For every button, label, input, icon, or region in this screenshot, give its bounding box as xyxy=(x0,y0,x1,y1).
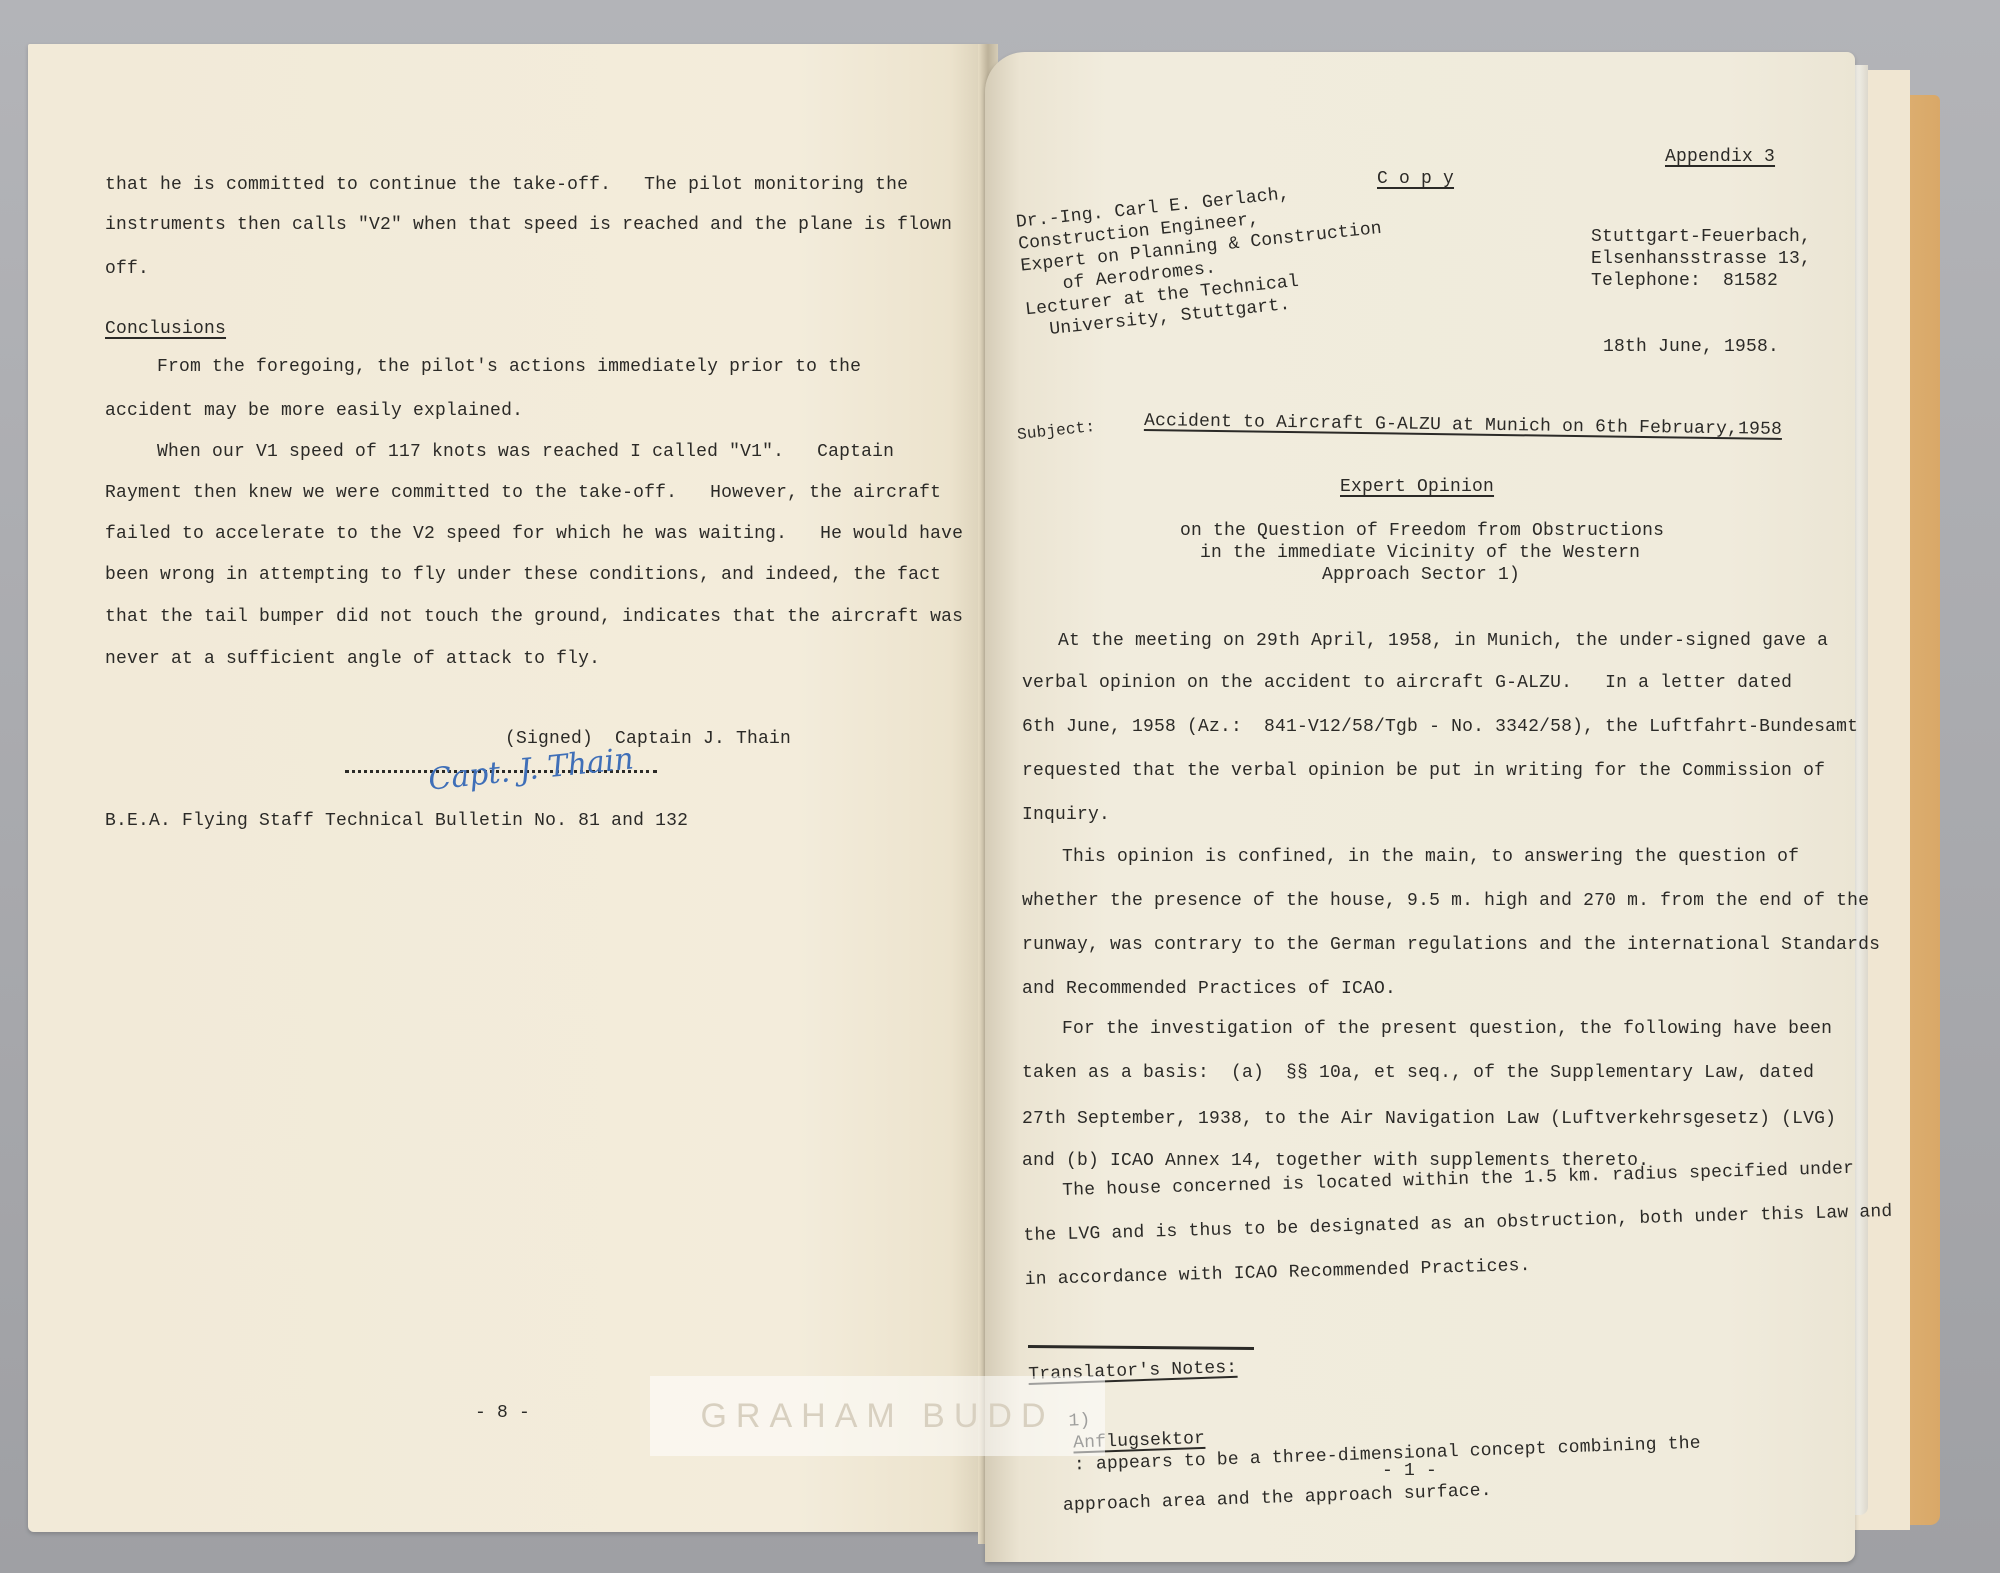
body-line: whether the presence of the house, 9.5 m… xyxy=(1022,890,1869,912)
body-line: Rayment then knew we were committed to t… xyxy=(105,482,941,504)
body-line: Inquiry. xyxy=(1022,804,1110,826)
body-line: off. xyxy=(105,258,149,280)
body-line: 6th June, 1958 (Az.: 841-V12/58/Tgb - No… xyxy=(1022,716,1858,738)
body-line: This opinion is confined, in the main, t… xyxy=(1062,846,1799,868)
body-line: accident may be more easily explained. xyxy=(105,400,523,422)
address-line: Stuttgart-Feuerbach, xyxy=(1591,226,1811,248)
address-line: Telephone: 81582 xyxy=(1591,270,1778,292)
body-line: been wrong in attempting to fly under th… xyxy=(105,564,941,586)
body-line: 27th September, 1938, to the Air Navigat… xyxy=(1022,1108,1836,1130)
translators-notes: Translator's Notes: 1) Anflugsektor : ap… xyxy=(1028,1341,1698,1510)
copy-label: C o p y xyxy=(1377,168,1454,190)
body-line: requested that the verbal opinion be put… xyxy=(1022,760,1825,782)
watermark: GRAHAM BUDD xyxy=(650,1376,1105,1456)
appendix-label: Appendix 3 xyxy=(1665,146,1775,168)
body-line: taken as a basis: (a) §§ 10a, et seq., o… xyxy=(1022,1062,1814,1084)
subtitle-line: on the Question of Freedom from Obstruct… xyxy=(1180,520,1664,542)
body-line: When our V1 speed of 117 knots was reach… xyxy=(157,441,894,463)
signed-line: (Signed) Captain J. Thain xyxy=(505,728,791,750)
address-line: Elsenhansstrasse 13, xyxy=(1591,248,1811,270)
subtitle-line: Approach Sector 1) xyxy=(1322,564,1520,586)
page-number: - 1 - xyxy=(1382,1460,1437,1482)
body-line: instruments then calls "V2" when that sp… xyxy=(105,214,952,236)
body-line: never at a sufficient angle of attack to… xyxy=(105,648,600,670)
body-line: From the foregoing, the pilot's actions … xyxy=(157,356,861,378)
body-line: runway, was contrary to the German regul… xyxy=(1022,934,1880,956)
page-number: - 8 - xyxy=(475,1402,530,1424)
body-line: that he is committed to continue the tak… xyxy=(105,174,908,196)
bulletin-reference: B.E.A. Flying Staff Technical Bulletin N… xyxy=(105,810,688,832)
body-line: verbal opinion on the accident to aircra… xyxy=(1022,672,1792,694)
body-line: For the investigation of the present que… xyxy=(1062,1018,1832,1040)
section-heading: Conclusions xyxy=(105,318,226,340)
document-title: Expert Opinion xyxy=(1340,476,1494,498)
body-line: that the tail bumper did not touch the g… xyxy=(105,606,963,628)
body-line: At the meeting on 29th April, 1958, in M… xyxy=(1058,630,1828,652)
subtitle-line: in the immediate Vicinity of the Western xyxy=(1200,542,1640,564)
letter-date: 18th June, 1958. xyxy=(1603,336,1779,358)
watermark-text: GRAHAM BUDD xyxy=(700,1397,1054,1436)
body-line: failed to accelerate to the V2 speed for… xyxy=(105,523,963,545)
body-line: and Recommended Practices of ICAO. xyxy=(1022,978,1396,1000)
